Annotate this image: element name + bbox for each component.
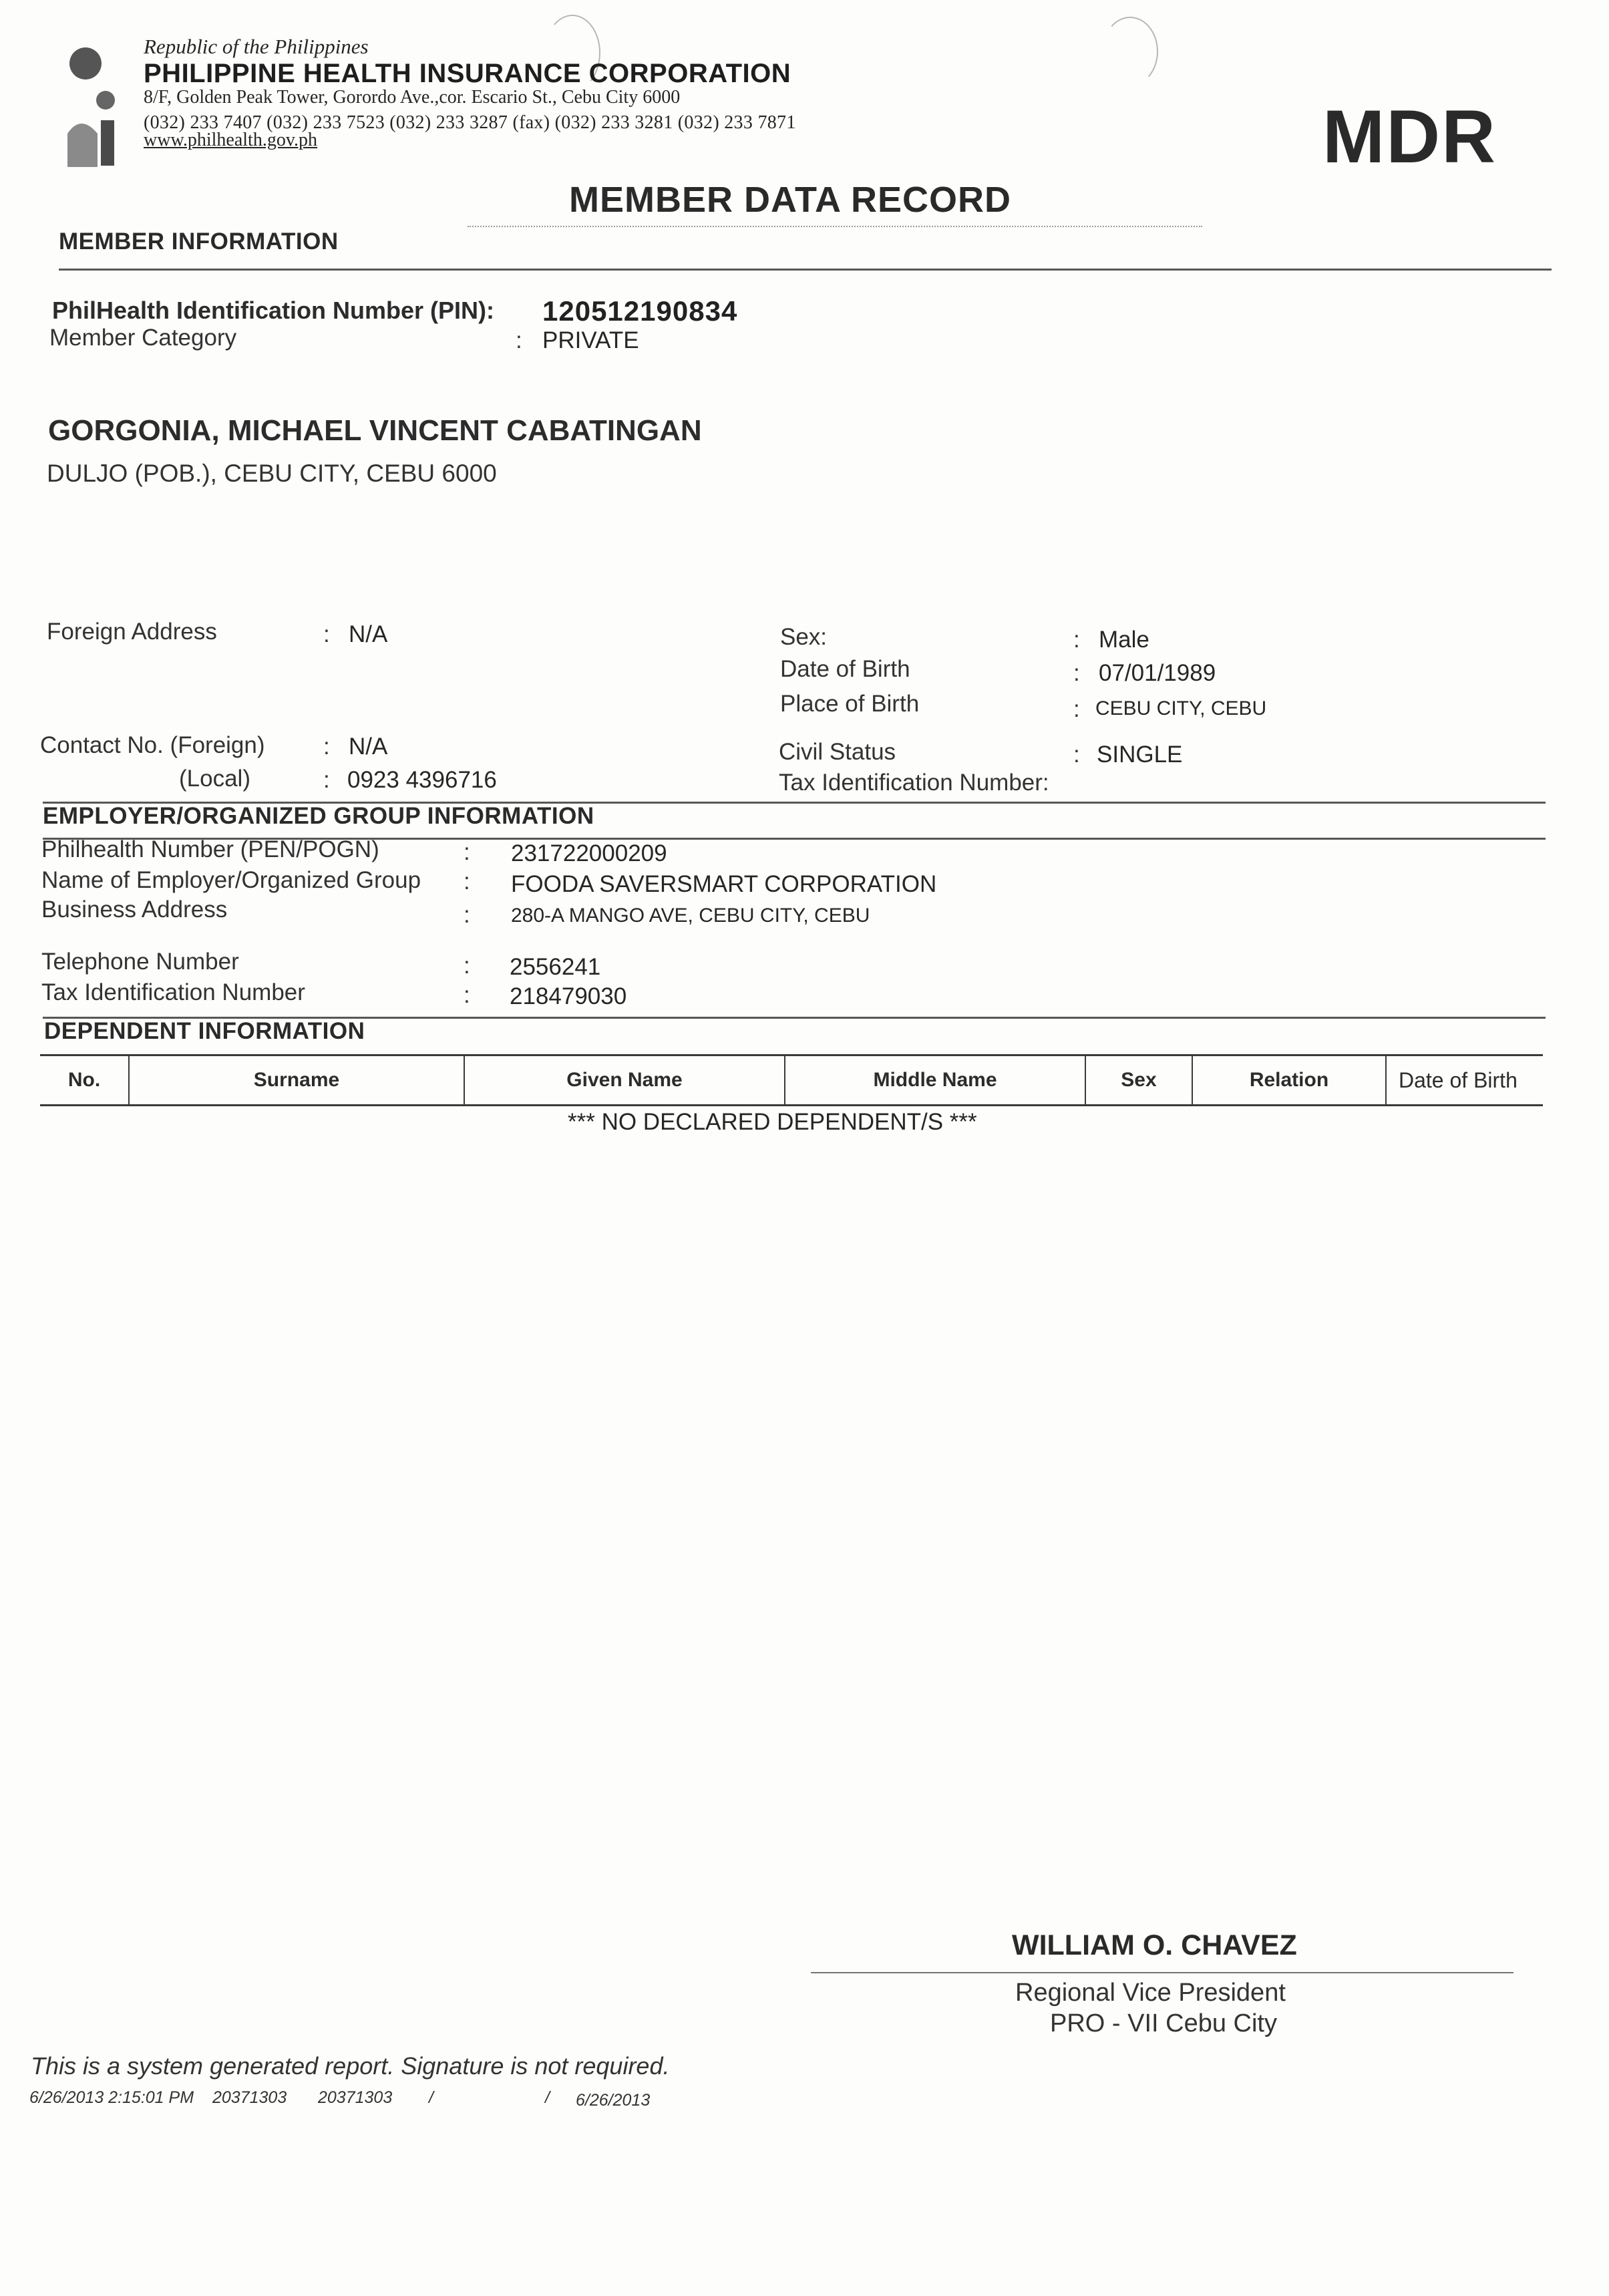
separator: : [464,953,470,979]
generated-id-1: 20371303 [212,2088,287,2108]
sex-label: Sex: [780,624,827,651]
dob-label: Date of Birth [780,656,910,683]
signatory-name: WILLIAM O. CHAVEZ [1012,1929,1297,1962]
generated-timestamp: 6/26/2013 2:15:01 PM [29,2088,194,2108]
generated-id-2: 20371303 [318,2088,392,2108]
footer-slash-2: / [545,2088,550,2108]
column-header-relation: Relation [1193,1056,1387,1104]
philhealth-logo-icon [64,33,142,167]
employer-pen-label: Philhealth Number (PEN/POGN) [41,836,379,863]
separator: : [464,839,470,866]
separator: : [1073,627,1080,653]
column-header-middle-name: Middle Name [785,1056,1086,1104]
category-label: Member Category [49,325,236,351]
member-name: GORGONIA, MICHAEL VINCENT CABATINGAN [48,414,702,448]
column-header-sex: Sex [1086,1056,1193,1104]
civil-status-value: SINGLE [1097,742,1182,768]
page-title: MEMBER DATA RECORD [569,179,1011,220]
republic-text: Republic of the Philippines [144,35,369,59]
column-header-no: No. [40,1056,130,1104]
member-address: DULJO (POB.), CEBU CITY, CEBU 6000 [47,460,497,488]
website-link[interactable]: www.philhealth.gov.ph [144,130,317,151]
scan-artifact [1102,17,1158,86]
system-generated-note: This is a system generated report. Signa… [31,2052,669,2080]
separator: : [1073,742,1080,768]
pin-label: PhilHealth Identification Number (PIN): [52,297,494,325]
business-address-label: Business Address [41,896,227,923]
contact-foreign-value: N/A [349,733,387,760]
column-header-surname: Surname [130,1056,465,1104]
separator: : [516,327,522,354]
corporation-name: PHILIPPINE HEALTH INSURANCE CORPORATION [144,59,791,89]
employer-tin-value: 218479030 [510,983,627,1010]
footer-date: 6/26/2013 [576,2091,650,2110]
column-header-date-of-birth: Date of Birth [1387,1056,1543,1104]
section-title-member: MEMBER INFORMATION [59,228,339,255]
section-title-dependents: DEPENDENT INFORMATION [44,1018,365,1045]
pob-value: CEBU CITY, CEBU [1095,697,1266,720]
telephone-label: Telephone Number [41,949,239,975]
category-value: PRIVATE [542,327,639,354]
tin-label: Tax Identification Number: [779,770,1049,796]
foreign-address-label: Foreign Address [47,619,217,645]
separator: : [1073,696,1080,723]
separator: : [323,733,330,760]
dependents-table: No. Surname Given Name Middle Name Sex R… [40,1054,1543,1106]
contact-local-label: (Local) [179,766,250,792]
signatory-office: PRO - VII Cebu City [1050,2009,1277,2038]
dob-value: 07/01/1989 [1099,660,1216,687]
separator: : [1073,660,1080,687]
contact-foreign-label: Contact No. (Foreign) [40,732,265,759]
signatory-position: Regional Vice President [1015,1979,1286,2007]
civil-status-label: Civil Status [779,739,896,766]
pob-label: Place of Birth [780,691,919,717]
separator: : [464,868,470,895]
employer-pen-value: 231722000209 [511,840,667,867]
telephone-value: 2556241 [510,954,600,981]
separator: : [323,621,330,648]
signature-line [811,1972,1513,1973]
employer-tin-label: Tax Identification Number [41,979,305,1006]
separator: : [323,767,330,794]
column-header-given-name: Given Name [465,1056,785,1104]
no-dependents-message: *** NO DECLARED DEPENDENT/S *** [568,1109,977,1136]
section-title-employer: EMPLOYER/ORGANIZED GROUP INFORMATION [43,803,594,830]
contact-local-value: 0923 4396716 [347,767,497,794]
divider [468,226,1202,228]
separator: : [464,982,470,1009]
separator: : [464,902,470,929]
divider [59,269,1552,271]
footer-slash-1: / [429,2088,433,2108]
employer-name-label: Name of Employer/Organized Group [41,867,421,894]
sex-value: Male [1099,627,1149,653]
pin-value: 120512190834 [542,295,737,327]
document-code: MDR [1322,94,1497,180]
employer-name-value: FOODA SAVERSMART CORPORATION [511,871,936,898]
foreign-address-value: N/A [349,621,387,648]
corporation-address: 8/F, Golden Peak Tower, Gorordo Ave.,cor… [144,87,680,108]
business-address-value: 280-A MANGO AVE, CEBU CITY, CEBU [511,905,870,927]
